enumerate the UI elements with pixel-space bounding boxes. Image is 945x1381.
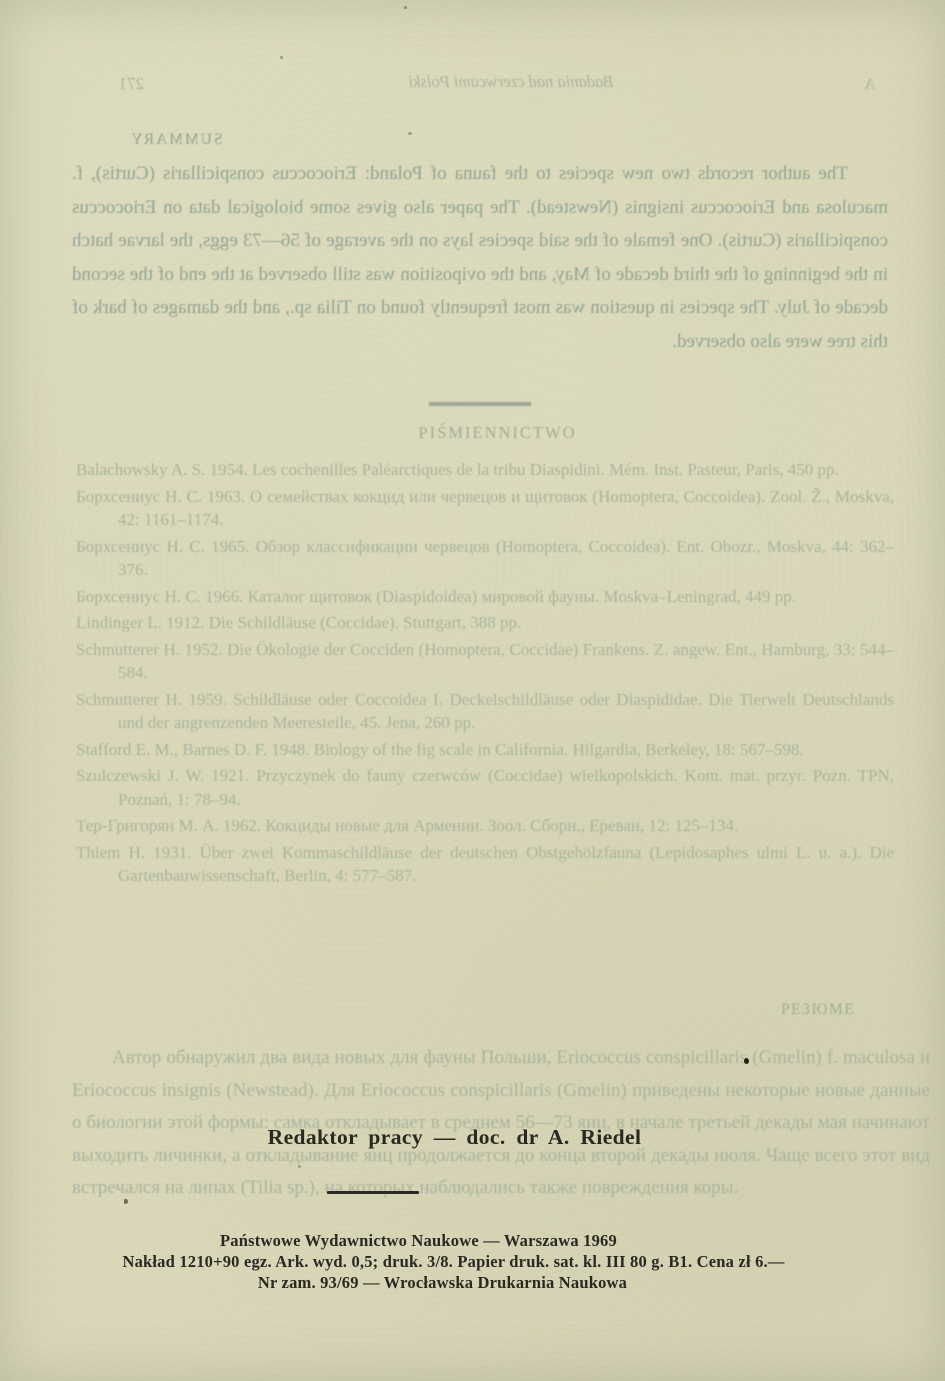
showthrough-page-number: 271 [92, 74, 144, 94]
ink-speck [404, 6, 407, 9]
bibliography-entry: Schmutterer H. 1959. Schildläuse oder Co… [76, 688, 894, 735]
bibliography-entry: Тер-Григорян М. А. 1962. Кокциды новые д… [76, 814, 894, 838]
showthrough-summary-heading: SUMMARY [124, 131, 228, 149]
showthrough-russian-heading: РЕЗЮМЕ [781, 1001, 871, 1019]
editor-credit-line: Redaktor pracy — doc. dr A. Riedel [0, 1125, 927, 1150]
separator-rule [327, 1191, 419, 1194]
imprint-order-line: Nr zam. 93/69 — Wrocławska Drukarnia Nau… [0, 1273, 915, 1293]
bibliography-entry: Szulczewski J. W. 1921. Przyczynek do fa… [76, 764, 894, 811]
ink-speck [298, 1165, 301, 1168]
bibliography-entry: Борхсениус Н. С. 1966. Каталог щитовок (… [76, 585, 894, 609]
ink-speck [280, 56, 283, 59]
bibliography-entry: Борхсениус Н. С. 1963. О семействах кокц… [76, 485, 894, 532]
scanned-document-page: 271 Badania nad czerwcami Polski A SUMMA… [0, 0, 945, 1381]
bibliography-entry: Stafford E. M., Barnes D. F. 1948. Biolo… [76, 738, 894, 762]
ink-speck [744, 1058, 749, 1064]
bibliography-entry: Balachowsky A. S. 1954. Les cochenilles … [76, 458, 894, 482]
bibliography-entry: Schmutterer H. 1952. Die Ökologie der Co… [76, 638, 894, 685]
showthrough-bibliography-heading: PIŚMIENNICTWO [25, 423, 945, 443]
imprint-print-details-line: Nakład 1210+90 egz. Ark. wyd. 0,5; druk.… [0, 1252, 926, 1272]
showthrough-running-title: Badania nad czerwcami Polski [378, 72, 644, 92]
showthrough-divider-rule [429, 402, 531, 406]
showthrough-summary-paragraph: The author records two new species to th… [72, 157, 888, 358]
bibliography-entry: Борхсениус Н. С. 1965. Обзор классификац… [76, 535, 894, 582]
bibliography-entry: Lindinger L. 1912. Die Schildläuse (Cocc… [76, 611, 894, 635]
showthrough-signature-mark: A [856, 76, 884, 94]
imprint-publisher-line: Państwowe Wydawnictwo Naukowe — Warszawa… [0, 1231, 891, 1251]
ink-speck [408, 132, 412, 135]
bibliography-entry: Thiem H. 1931. Über zwei Kommaschildläus… [76, 841, 894, 888]
ink-speck [124, 1199, 128, 1204]
showthrough-russian-paragraph: Автор обнаружил два вида новых для фауны… [72, 1042, 930, 1205]
showthrough-bibliography-list: Balachowsky A. S. 1954. Les cochenilles … [76, 458, 894, 891]
